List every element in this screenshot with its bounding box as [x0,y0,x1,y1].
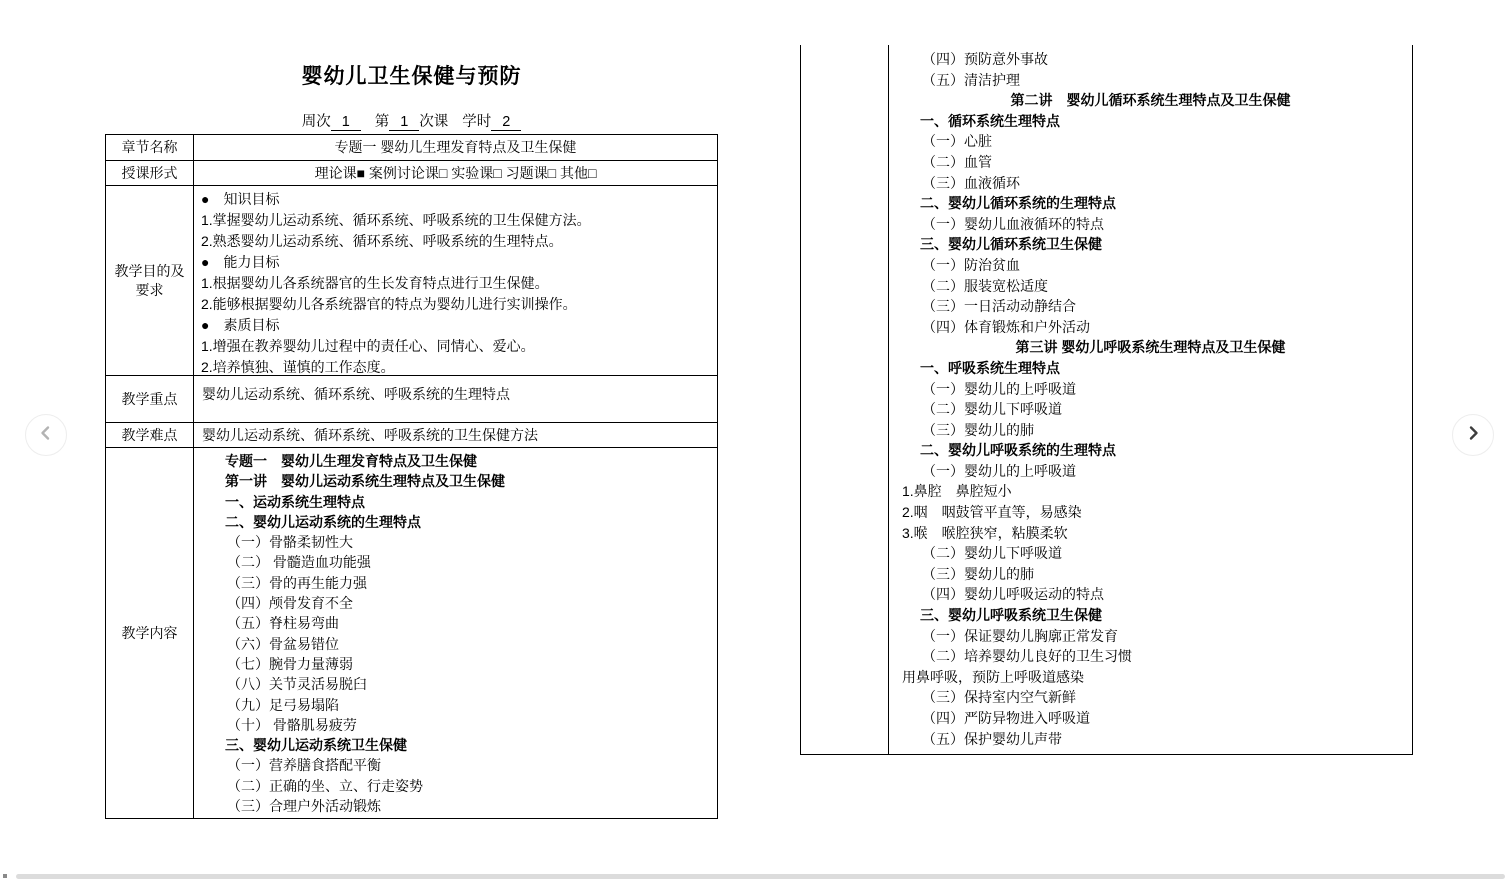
content-line: （一）心脏 [889,131,1412,152]
form-value: 理论课■ 案例讨论课□ 实验课□ 习题课□ 其他□ [194,161,717,185]
content-line: 2.能够根据婴幼儿各系统器官的特点为婴幼儿进行实训操作。 [194,294,717,315]
table-row-objectives: 教学目的及 要求 ● 知识目标1.掌握婴幼儿运动系统、循环系统、呼吸系统的卫生保… [106,185,717,375]
table-row-form: 授课形式 理论课■ 案例讨论课□ 实验课□ 习题课□ 其他□ [106,160,717,185]
content-line: （三）婴幼儿的肺 [889,420,1412,441]
content-line: （四）体育锻炼和户外活动 [889,317,1412,338]
content-line: （三）骨的再生能力强 [194,573,717,593]
content-line: （十） 骨骼肌易疲劳 [194,715,717,735]
content-line: （六）骨盆易错位 [194,634,717,654]
row-label: 教学内容 [106,448,194,818]
chapter-value: 专题一 婴幼儿生理发育特点及卫生保健 [194,135,717,160]
content-line: （一）婴幼儿的上呼吸道 [889,461,1412,482]
content-line: （八）关节灵活易脱臼 [194,674,717,694]
lesson-plan-table-continued: （四）预防意外事故（五）清洁护理第二讲 婴幼儿循环系统生理特点及卫生保健一、循环… [800,45,1413,755]
row-label: 章节名称 [106,135,194,160]
content-line: （二） 骨髓造血功能强 [194,552,717,572]
content-line: 三、婴幼儿运动系统卫生保健 [194,735,717,755]
content-line: （四）预防意外事故 [889,49,1412,70]
table-row-content: 教学内容 专题一 婴幼儿生理发育特点及卫生保健第一讲 婴幼儿运动系统生理特点及卫… [106,447,717,818]
week-label: 周次 [302,114,331,130]
content-line: 3.喉 喉腔狭窄，粘膜柔软 [889,523,1412,544]
hours-label: 学时 [462,114,491,130]
prev-page-button[interactable] [25,414,67,456]
content-line: 第二讲 婴幼儿循环系统生理特点及卫生保健 [889,90,1412,111]
lesson-value: 1 [389,115,419,131]
row-label: 授课形式 [106,161,194,185]
key-points-value: 婴幼儿运动系统、循环系统、呼吸系统的生理特点 [194,376,717,422]
content-line: （五）保护婴幼儿声带 [889,729,1412,750]
content-line: ● 能力目标 [194,252,717,273]
content-line: 1.鼻腔 鼻腔短小 [889,481,1412,502]
table-row-difficulties: 教学难点 婴幼儿运动系统、循环系统、呼吸系统的卫生保健方法 [106,422,717,447]
content-line: （二）正确的坐、立、行走姿势 [194,776,717,796]
document-title: 婴幼儿卫生保健与预防 [105,60,718,90]
content-line: （四）婴幼儿呼吸运动的特点 [889,584,1412,605]
content-line: 三、婴幼儿循环系统卫生保健 [889,234,1412,255]
content-line: 第一讲 婴幼儿运动系统生理特点及卫生保健 [194,471,717,491]
table-row-key-points: 教学重点 婴幼儿运动系统、循环系统、呼吸系统的生理特点 [106,375,717,422]
lesson-plan-table: 章节名称 专题一 婴幼儿生理发育特点及卫生保健 授课形式 理论课■ 案例讨论课□… [105,134,718,819]
row-label: 教学重点 [106,376,194,422]
lesson-prefix: 第 [375,114,390,130]
content-line: （三）合理户外活动锻炼 [194,796,717,816]
content-line: （一）防治贫血 [889,255,1412,276]
hours-value: 2 [491,115,521,131]
content-line: 二、婴幼儿运动系统的生理特点 [194,512,717,532]
content-line: 二、婴幼儿循环系统的生理特点 [889,193,1412,214]
teaching-content-lines-continued: （四）预防意外事故（五）清洁护理第二讲 婴幼儿循环系统生理特点及卫生保健一、循环… [889,45,1412,754]
content-line: ● 知识目标 [194,189,717,210]
content-line: （七）腕骨力量薄弱 [194,654,717,674]
content-line: 2.咽 咽鼓管平直等，易感染 [889,502,1412,523]
content-line: 第三讲 婴幼儿呼吸系统生理特点及卫生保健 [889,337,1412,358]
content-line: （一）保证婴幼儿胸廓正常发育 [889,626,1412,647]
content-line: （一）婴幼儿血液循环的特点 [889,214,1412,235]
content-line: 2.熟悉婴幼儿运动系统、循环系统、呼吸系统的生理特点。 [194,231,717,252]
content-line: （一）营养膳食搭配平衡 [194,755,717,775]
objectives-lines: ● 知识目标1.掌握婴幼儿运动系统、循环系统、呼吸系统的卫生保健方法。2.熟悉婴… [194,186,717,375]
chevron-left-icon [37,424,55,447]
horizontal-scrollbar[interactable] [16,874,1505,879]
content-line: （三）一日活动动静结合 [889,296,1412,317]
row-label: 教学目的及 要求 [106,186,194,375]
content-line: （三）血液循环 [889,173,1412,194]
teaching-content-lines: 专题一 婴幼儿生理发育特点及卫生保健第一讲 婴幼儿运动系统生理特点及卫生保健一、… [194,448,717,818]
course-meta-line: 周次1第1次课学时2 [105,110,718,131]
lesson-suffix: 次课 [419,114,448,130]
scrollbar-corner-dot [3,874,7,878]
content-line: 三、婴幼儿呼吸系统卫生保健 [889,605,1412,626]
content-line: 1.掌握婴幼儿运动系统、循环系统、呼吸系统的卫生保健方法。 [194,210,717,231]
content-line: （二）婴幼儿下呼吸道 [889,399,1412,420]
week-value: 1 [331,115,361,131]
content-line: （二）婴幼儿下呼吸道 [889,543,1412,564]
content-line: 1.增强在教养婴幼儿过程中的责任心、同情心、爱心。 [194,336,717,357]
content-line: （二）服装宽松适度 [889,276,1412,297]
content-line: 一、运动系统生理特点 [194,492,717,512]
content-line: 一、循环系统生理特点 [889,111,1412,132]
content-line: 专题一 婴幼儿生理发育特点及卫生保健 [194,451,717,471]
content-line: ● 素质目标 [194,315,717,336]
content-line: （三）保持室内空气新鲜 [889,687,1412,708]
content-line: （三）婴幼儿的肺 [889,564,1412,585]
content-line: （四）颅骨发育不全 [194,593,717,613]
row-label: 教学难点 [106,423,194,447]
content-line: （五）脊柱易弯曲 [194,613,717,633]
content-line: （二）培养婴幼儿良好的卫生习惯 [889,646,1412,667]
content-line: （五）清洁护理 [889,70,1412,91]
document-viewer: 婴幼儿卫生保健与预防 周次1第1次课学时2 章节名称 专题一 婴幼儿生理发育特点… [0,0,1506,880]
content-line: 二、婴幼儿呼吸系统的生理特点 [889,440,1412,461]
content-line: （二）血管 [889,152,1412,173]
next-page-button[interactable] [1452,414,1494,456]
difficulties-value: 婴幼儿运动系统、循环系统、呼吸系统的卫生保健方法 [194,423,717,447]
empty-label-cell [801,45,889,754]
content-line: （九）足弓易塌陷 [194,695,717,715]
chevron-right-icon [1464,424,1482,447]
content-line: 2.培养慎独、谨慎的工作态度。 [194,357,717,378]
content-line: （一）骨骼柔韧性大 [194,532,717,552]
content-line: 用鼻呼吸，预防上呼吸道感染 [889,667,1412,688]
content-line: （一）婴幼儿的上呼吸道 [889,379,1412,400]
content-line: 一、呼吸系统生理特点 [889,358,1412,379]
table-row-chapter: 章节名称 专题一 婴幼儿生理发育特点及卫生保健 [106,135,717,160]
content-line: （四）严防异物进入呼吸道 [889,708,1412,729]
content-line: 1.根据婴幼儿各系统器官的生长发育特点进行卫生保健。 [194,273,717,294]
